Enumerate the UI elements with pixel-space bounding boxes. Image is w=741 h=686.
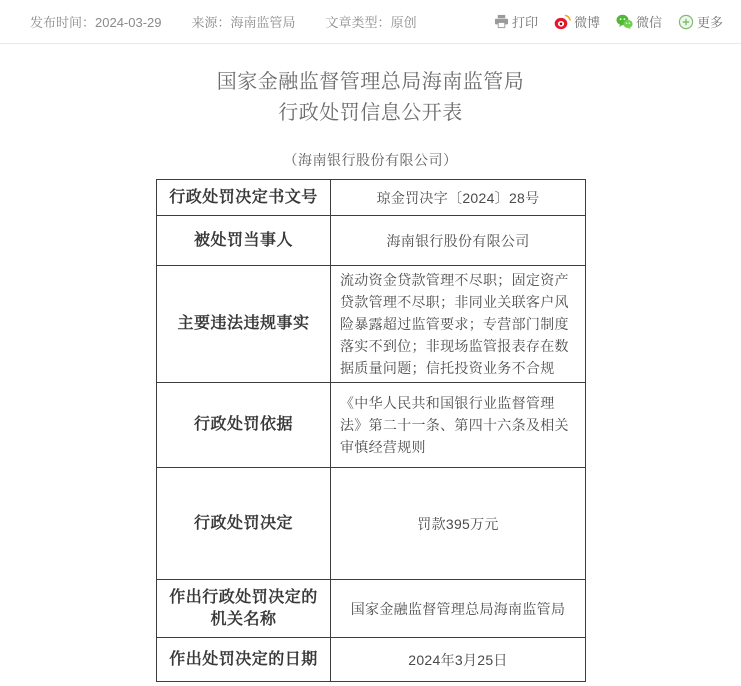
row-value: 海南银行股份有限公司 [331,216,586,266]
table-row: 作出处罚决定的日期 2024年3月25日 [157,638,586,682]
row-value: 罚款395万元 [331,468,586,580]
share-toolbar: 打印 微博 微信 更多 [478,12,723,31]
printer-icon [494,14,512,29]
source-label: 来源： [192,15,231,30]
article-type-value: 原创 [391,15,417,30]
wechat-icon [616,14,636,30]
weibo-icon [554,14,574,30]
penalty-table-body: 行政处罚决定书文号 琼金罚决字〔2024〕28号 被处罚当事人 海南银行股份有限… [157,180,586,682]
weibo-button[interactable]: 微博 [554,12,600,31]
table-row: 主要违法违规事实 流动资金贷款管理不尽职；固定资产贷款管理不尽职；非同业关联客户… [157,266,586,383]
article-type: 文章类型：原创 [326,12,417,31]
table-row: 行政处罚依据 《中华人民共和国银行业监督管理法》第二十一条、第四十六条及相关审慎… [157,383,586,468]
page-title-line2: 行政处罚信息公开表 [0,98,741,129]
publish-time: 发布时间：2024-03-29 [30,12,162,31]
publish-time-value: 2024-03-29 [95,15,162,30]
table-row: 行政处罚决定书文号 琼金罚决字〔2024〕28号 [157,180,586,216]
more-label: 更多 [697,12,723,31]
table-row: 被处罚当事人 海南银行股份有限公司 [157,216,586,266]
row-label: 主要违法违规事实 [157,266,331,383]
source-value: 海南监管局 [231,15,296,30]
row-value: 2024年3月25日 [331,638,586,682]
row-label: 行政处罚决定 [157,468,331,580]
row-value: 国家金融监督管理总局海南监管局 [331,580,586,638]
penalty-table: 行政处罚决定书文号 琼金罚决字〔2024〕28号 被处罚当事人 海南银行股份有限… [156,179,586,682]
row-value: 琼金罚决字〔2024〕28号 [331,180,586,216]
row-value: 《中华人民共和国银行业监督管理法》第二十一条、第四十六条及相关审慎经营规则 [331,383,586,468]
wechat-button[interactable]: 微信 [616,12,662,31]
page: { "meta_bar": { "publish_time_label": "发… [0,0,741,686]
table-row: 行政处罚决定 罚款395万元 [157,468,586,580]
row-label: 行政处罚决定书文号 [157,180,331,216]
weibo-label: 微博 [574,12,600,31]
page-subtitle: （海南银行股份有限公司） [0,150,741,170]
page-title: 国家金融监督管理总局海南监管局 行政处罚信息公开表 [0,67,741,129]
row-value: 流动资金贷款管理不尽职；固定资产贷款管理不尽职；非同业关联客户风险暴露超过监管要… [331,266,586,383]
meta-bar: 发布时间：2024-03-29 来源：海南监管局 文章类型：原创 打印 微博 微… [0,0,741,44]
more-button[interactable]: 更多 [678,12,723,31]
table-row: 作出行政处罚决定的机关名称 国家金融监督管理总局海南监管局 [157,580,586,638]
publish-time-label: 发布时间： [30,15,95,30]
row-label: 作出处罚决定的日期 [157,638,331,682]
print-label: 打印 [512,12,538,31]
page-title-line1: 国家金融监督管理总局海南监管局 [0,67,741,98]
print-button[interactable]: 打印 [494,12,538,31]
article-type-label: 文章类型： [326,15,391,30]
wechat-label: 微信 [636,12,662,31]
meta-info: 发布时间：2024-03-29 来源：海南监管局 文章类型：原创 [30,12,447,31]
source: 来源：海南监管局 [192,12,296,31]
row-label: 行政处罚依据 [157,383,331,468]
row-label: 作出行政处罚决定的机关名称 [157,580,331,638]
plus-circle-icon [678,14,697,30]
row-label: 被处罚当事人 [157,216,331,266]
